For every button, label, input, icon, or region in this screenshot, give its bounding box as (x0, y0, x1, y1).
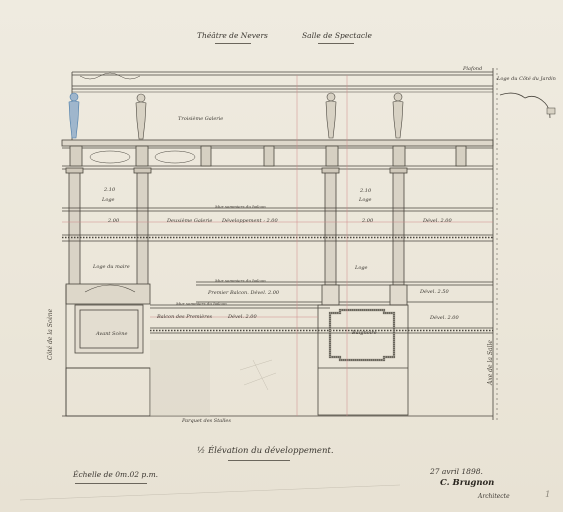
title-underline (318, 43, 354, 44)
label-first-tier-dev: Dével. 2.00 (228, 314, 257, 320)
title-underline (215, 43, 251, 44)
label-second-gallery-dev: Développement : 2.00 (222, 218, 278, 224)
architect-title: Architecte (478, 493, 510, 500)
label-second-gallery: Deuxième Galerie (167, 218, 212, 224)
label-mid-dim-right: 2.00 (362, 218, 373, 224)
architect-signature: C. Brugnon (440, 478, 494, 488)
label-side-stage: Côté de la Scène (47, 309, 54, 360)
label-mid-dim: 2.00 (108, 218, 119, 224)
title-theatre: Théâtre de Nevers (197, 31, 268, 40)
elevation-drawing (0, 0, 563, 512)
label-dev-right-lower: Dével. 2.00 (430, 315, 459, 321)
scale-note: Échelle de 0m.02 p.m. (73, 470, 158, 479)
drawing-date: 27 avril 1898. (430, 467, 483, 476)
label-side-axis: Axe de la Salle (487, 340, 494, 385)
drawing-sheet: Théâtre de Nevers Salle de Spectacle Pla… (0, 0, 563, 512)
sheet-number: 1 (545, 490, 550, 500)
label-parquet: Parquet des Stalles (182, 418, 231, 424)
label-loge-dim: 2.10 (104, 187, 115, 193)
label-loge-right: Loge (355, 265, 368, 271)
label-rail-top: Mur sommiers du balcon (215, 204, 266, 209)
label-first-tier: Balcon des Premières (157, 314, 212, 320)
label-dev-right: Dével. 2.00 (423, 218, 452, 224)
label-rail-mid: Mur sommiers du balcon (215, 278, 266, 283)
label-first-balcony: Premier Balcon. Dével. 2.00 (208, 290, 279, 296)
caption-underline (228, 460, 290, 461)
title-salle: Salle de Spectacle (302, 31, 372, 40)
label-dev-right-upper: Dével. 2.50 (420, 289, 449, 295)
label-loge-mayor: Loge du maire (93, 264, 130, 270)
label-third-gallery: Troisième Galerie (178, 116, 223, 122)
label-loge-right-dim: 2.10 (360, 188, 371, 194)
label-rail-low: Mur sommiers du balcon (176, 301, 227, 306)
label-loge-upper: Loge (102, 197, 115, 203)
scale-underline (75, 483, 147, 484)
label-side-box: Loge du Côté du Jardin (497, 76, 556, 82)
drawing-caption: ½ Élévation du développement. (197, 446, 334, 456)
label-avant-scene: Avant Scène (96, 331, 127, 337)
label-baignoire: Baignoire (352, 330, 377, 336)
label-loge-right-upper: Loge (359, 197, 372, 203)
label-plafond: Plafond (463, 66, 482, 72)
